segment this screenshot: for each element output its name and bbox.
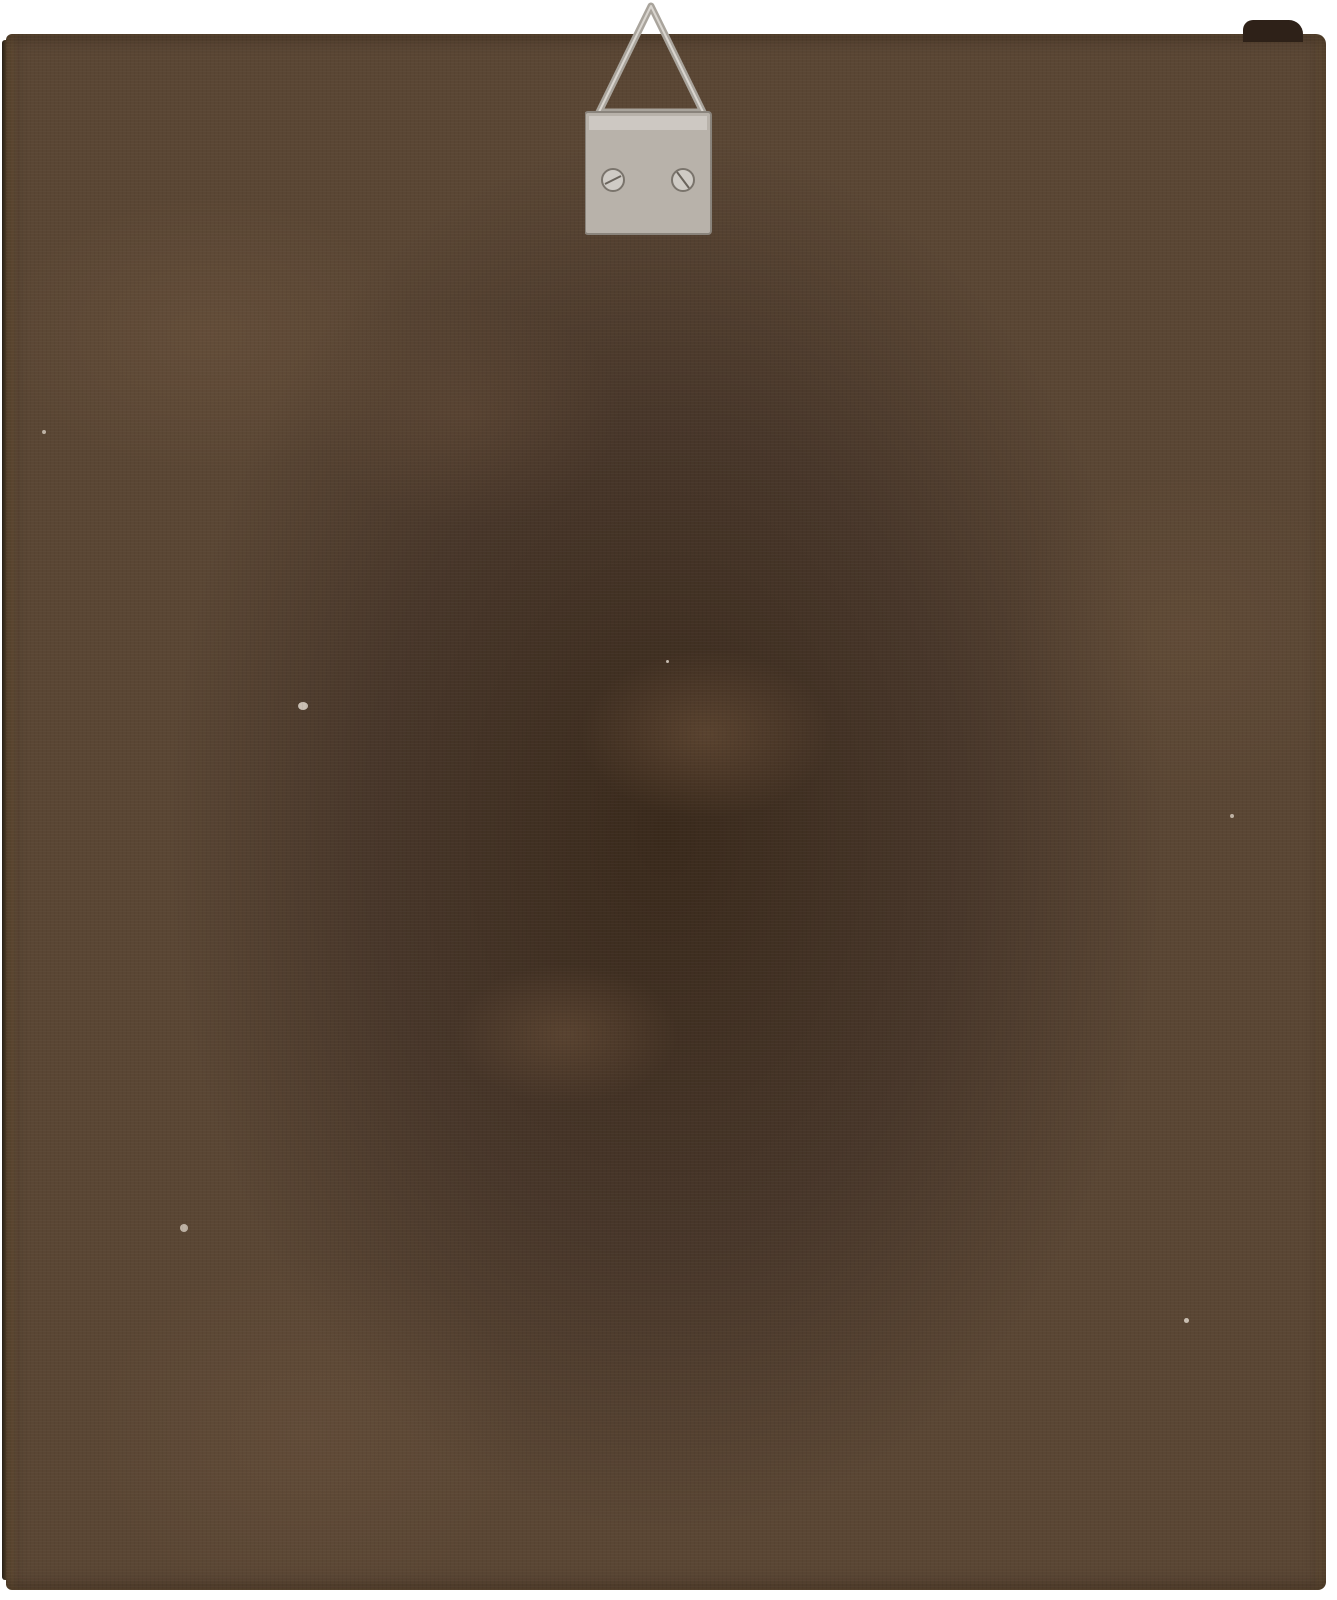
lint-speck xyxy=(666,660,669,663)
lint-speck xyxy=(42,430,46,434)
velvet-backing xyxy=(6,34,1326,1590)
lint-speck xyxy=(298,702,308,710)
lint-speck xyxy=(1230,814,1234,818)
lint-speck xyxy=(1184,1318,1189,1323)
lint-speck xyxy=(180,1224,188,1232)
torn-corner xyxy=(1243,20,1303,42)
triangle-hanger-icon xyxy=(585,0,717,240)
